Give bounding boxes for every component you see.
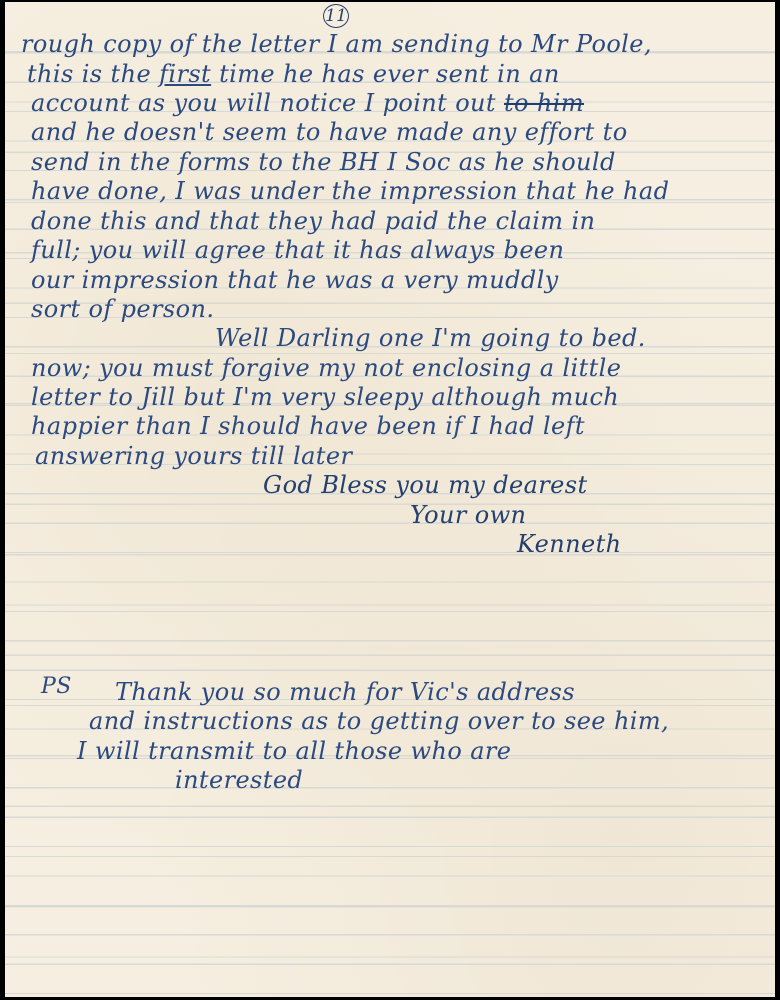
signature: Kenneth: [517, 530, 622, 558]
letter-line-4: and he doesn't seem to have made any eff…: [31, 118, 628, 146]
struck-text: to him: [504, 89, 584, 117]
letter-line-10: sort of person.: [31, 295, 214, 323]
letter-line-7: done this and that they had paid the cla…: [31, 207, 595, 235]
letter-line-8: full; you will agree that it has always …: [31, 236, 564, 264]
postscript-line-4: interested: [175, 766, 303, 794]
letter-line-3-text: account as you will notice I point out: [31, 89, 496, 117]
letter-line-5: send in the forms to the BH I Soc as he …: [31, 148, 616, 176]
postscript-line-2: and instructions as to getting over to s…: [89, 707, 669, 735]
letter-line-11: Well Darling one I'm going to bed.: [215, 324, 646, 352]
closing-blessing: God Bless you my dearest: [263, 471, 588, 499]
letter-line-14: happier than I should have been if I had…: [31, 412, 585, 440]
letter-line-12: now; you must forgive my not enclosing a…: [31, 354, 621, 382]
letter-line-1: rough copy of the letter I am sending to…: [21, 30, 652, 58]
letter-page: 11 rough copy of the letter I am sending…: [5, 2, 775, 997]
letter-line-3: account as you will notice I point out t…: [31, 89, 584, 117]
letter-line-2-start: this is the: [27, 60, 151, 88]
postscript-label: PS: [41, 674, 72, 699]
letter-line-2-end: time he has ever sent in an: [219, 60, 560, 88]
letter-line-6: have done, I was under the impression th…: [31, 177, 669, 205]
closing-valediction: Your own: [410, 501, 526, 529]
letter-line-15: answering yours till later: [35, 442, 352, 470]
postscript-line-1: Thank you so much for Vic's address: [115, 678, 575, 706]
letter-line-13: letter to Jill but I'm very sleepy altho…: [31, 383, 619, 411]
underlined-word: first: [159, 60, 211, 88]
letter-line-9: our impression that he was a very muddly: [31, 266, 559, 294]
letter-line-2: this is the first time he has ever sent …: [27, 60, 560, 88]
page-number: 11: [323, 4, 349, 28]
postscript-line-3: I will transmit to all those who are: [77, 737, 511, 765]
